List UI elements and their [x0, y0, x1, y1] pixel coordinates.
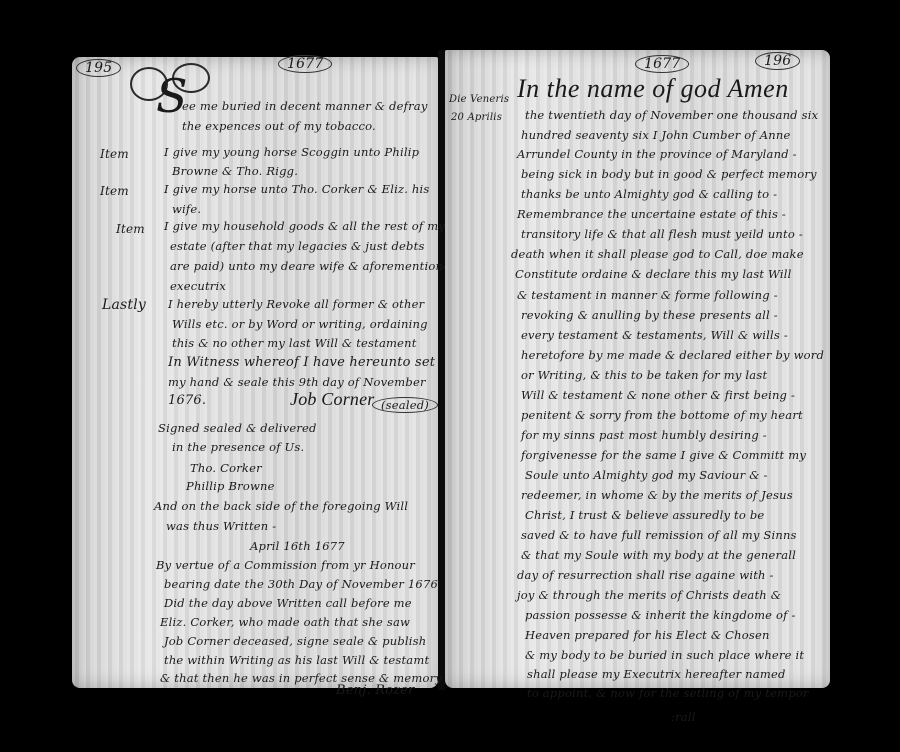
official-signature: Benj. Rozer — [336, 683, 415, 698]
will-line: to appoint, & now for the setling of my … — [527, 686, 809, 700]
will-line: forgivenesse for the same I give & Commi… — [521, 448, 806, 462]
margin-date-note: 20 Aprilis — [451, 112, 502, 123]
folio-number: 195 — [76, 59, 121, 77]
will-line: ee me buried in decent manner & defray — [182, 99, 428, 113]
will-line: redeemer, in whome & by the merits of Je… — [521, 488, 793, 502]
probate-date: April 16th 1677 — [250, 539, 345, 553]
will-line: & that my Soule with my body at the gene… — [521, 548, 796, 562]
will-line: saved & to have full remission of all my… — [521, 528, 797, 542]
will-line: thanks be unto Almighty god & calling to… — [521, 187, 777, 201]
will-line: I give my young horse Scoggin unto Phili… — [164, 145, 419, 159]
will-line: the expences out of my tobacco. — [182, 119, 376, 133]
endorsement-line: was thus Written - — [166, 519, 276, 533]
will-line: are paid) unto my deare wife & aforement… — [170, 259, 458, 273]
will-line: for my sinns past most humbly desiring - — [521, 428, 767, 442]
margin-label-item: Item — [116, 222, 145, 236]
will-line: being sick in body but in good & perfect… — [521, 167, 817, 181]
margin-label-item: Item — [100, 184, 129, 198]
will-line: or Writing, & this to be taken for my la… — [521, 368, 767, 382]
will-line: Arrundel County in the province of Maryl… — [517, 147, 797, 161]
right-page: 1677 196 Die Veneris 20 Aprilis In the n… — [445, 50, 830, 688]
book-gutter — [438, 50, 445, 690]
will-line: death when it shall please god to Call, … — [511, 247, 804, 261]
will-heading: In the name of god Amen — [517, 74, 789, 104]
will-line: Remembrance the uncertaine estate of thi… — [517, 207, 786, 221]
will-line: every testament & testaments, Will & wil… — [521, 328, 788, 342]
will-line: shall please my Executrix hereafter name… — [527, 667, 786, 681]
will-line: joy & through the merits of Christs deat… — [517, 588, 781, 602]
will-line: 1676. — [168, 393, 206, 408]
witness-line: Signed sealed & delivered — [158, 421, 317, 435]
probate-line: the within Writing as his last Will & te… — [164, 653, 429, 667]
seal-note: (sealed) — [372, 397, 438, 413]
will-line: transitory life & that all flesh must ye… — [521, 227, 803, 241]
will-line: penitent & sorry from the bottome of my … — [521, 408, 803, 422]
will-line: Wills etc. or by Word or writing, ordain… — [172, 317, 428, 331]
will-line: executrix — [170, 279, 226, 293]
will-line: Will & testament & none other & first be… — [521, 388, 795, 402]
will-line: hundred seaventy six I John Cumber of An… — [521, 128, 790, 142]
will-line: heretofore by me made & declared either … — [521, 348, 824, 362]
will-line: Browne & Tho. Rigg. — [172, 164, 298, 178]
margin-label-lastly: Lastly — [102, 297, 146, 313]
will-line: I give my horse unto Tho. Corker & Eliz.… — [164, 182, 430, 196]
will-line: Constitute ordaine & declare this my las… — [515, 267, 792, 281]
will-line: I give my household goods & all the rest… — [164, 219, 445, 233]
probate-line: Did the day above Written call before me — [164, 596, 412, 610]
will-line: the twentieth day of November one thousa… — [525, 108, 818, 122]
witness-name: Tho. Corker — [190, 461, 262, 475]
will-line: day of resurrection shall rise againe wi… — [517, 568, 774, 582]
left-page: 195 1677 S ee me buried in decent manner… — [72, 57, 438, 688]
will-line: Heaven prepared for his Elect & Chosen — [525, 628, 770, 642]
will-line: revoking & anulling by these presents al… — [521, 308, 778, 322]
will-line: wife. — [172, 202, 201, 216]
witness-line: in the presence of Us. — [172, 440, 304, 454]
probate-line: bearing date the 30th Day of November 16… — [164, 577, 438, 591]
witness-name: Phillip Browne — [186, 479, 275, 493]
probate-line: By vertue of a Commission from yr Honour — [156, 558, 415, 572]
year-header: 1677 — [278, 55, 332, 73]
folio-number: 196 — [755, 52, 800, 70]
testator-signature: Job Corner — [290, 389, 375, 410]
margin-label-item: Item — [100, 147, 129, 161]
margin-date-note: Die Veneris — [449, 94, 509, 105]
will-line: & testament in manner & forme following … — [517, 288, 778, 302]
will-line: this & no other my last Will & testament — [172, 336, 417, 350]
probate-line: Eliz. Corker, who made oath that she saw — [160, 615, 410, 629]
will-line: & my body to be buried in such place whe… — [525, 648, 804, 662]
will-line: my hand & seale this 9th day of November — [168, 375, 426, 389]
year-header: 1677 — [635, 55, 689, 73]
will-line: estate (after that my legacies & just de… — [170, 239, 425, 253]
will-line: Christ, I trust & believe assuredly to b… — [525, 508, 764, 522]
will-line: Soule unto Almighty god my Saviour & - — [525, 468, 768, 482]
will-line: :rall — [671, 710, 696, 724]
will-line: passion possesse & inherit the kingdome … — [525, 608, 796, 622]
will-line: In Witness whereof I have hereunto set — [168, 355, 435, 370]
probate-line: Job Corner deceased, signe seale & publi… — [164, 634, 426, 648]
opening-initial: S — [156, 69, 188, 123]
will-line: I hereby utterly Revoke all former & oth… — [168, 297, 424, 311]
endorsement-line: And on the back side of the foregoing Wi… — [154, 499, 408, 513]
